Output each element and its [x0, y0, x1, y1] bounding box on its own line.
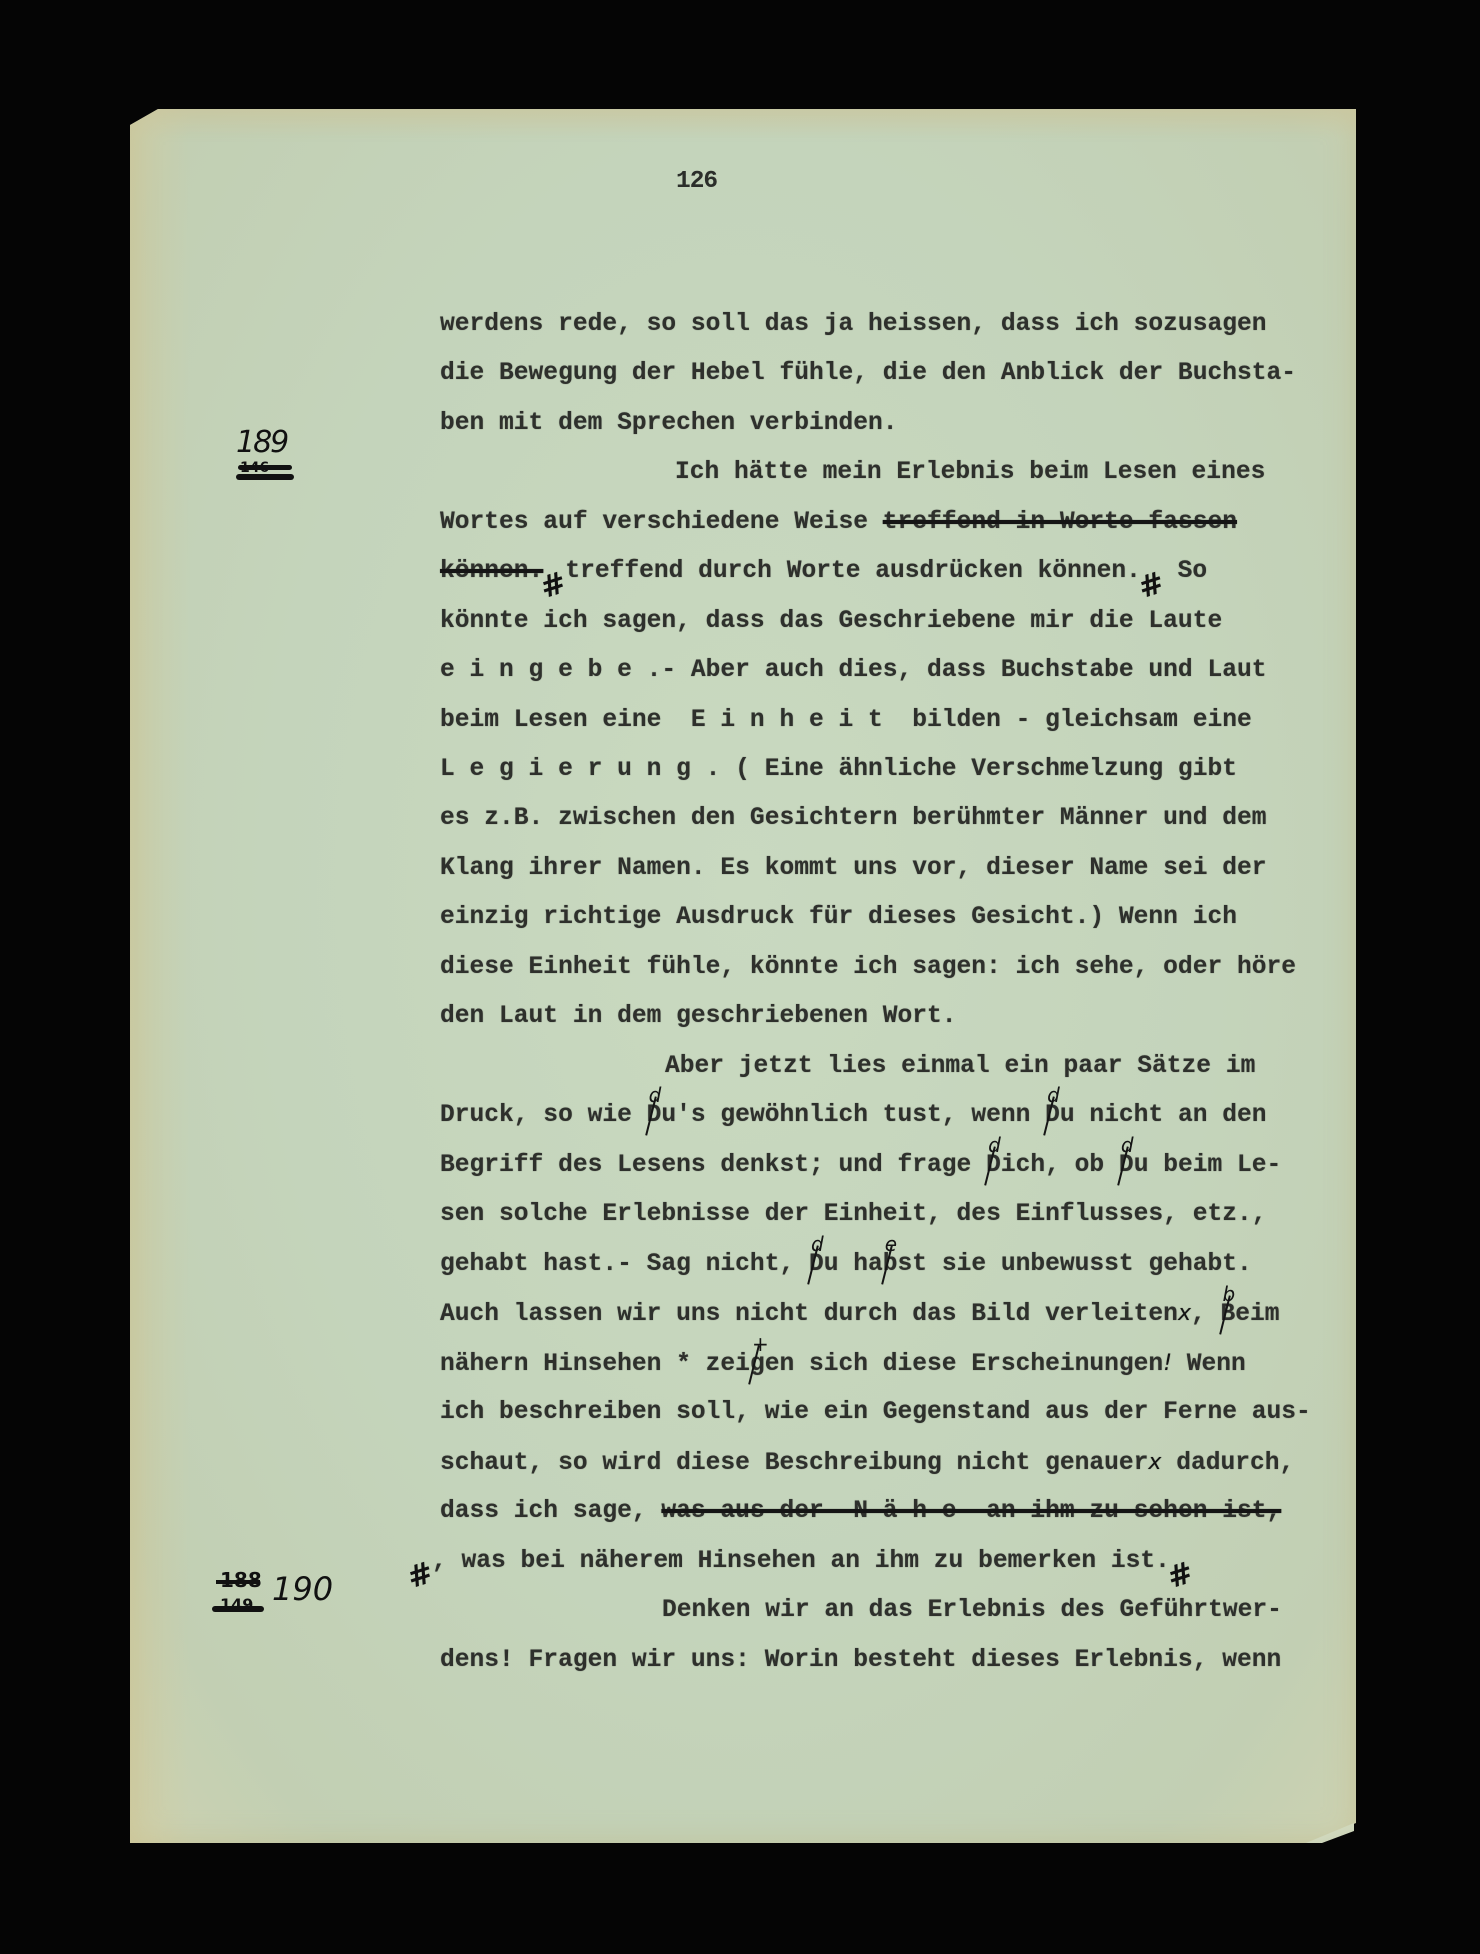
- typed-line: Klang ihrer Namen. Es kommt uns vor, die…: [440, 854, 1267, 884]
- typed-text: Aber jetzt lies einmal ein paar Sätze im: [665, 1053, 1255, 1080]
- typed-text: ich beschreiben soll, wie ein Gegenstand…: [440, 1399, 1311, 1426]
- typed-line: e i n g e b e .- Aber auch dies, dass Bu…: [440, 656, 1267, 686]
- typed-text: Wortes auf verschiedene Weise: [440, 509, 883, 536]
- typed-text: en sich diese Erscheinungen: [765, 1351, 1163, 1378]
- typed-line: dass ich sage, was aus der N ä h e an ih…: [440, 1497, 1281, 1527]
- correction-letter: d: [988, 1130, 1001, 1160]
- typed-text: sen solche Erlebnisse der Einheit, des E…: [440, 1201, 1267, 1228]
- typed-text: die Bewegung der Hebel fühle, die den An…: [440, 360, 1296, 387]
- typed-line: beim Lesen eine E i n h e i t bilden - g…: [440, 706, 1252, 736]
- typed-line: den Laut in dem geschriebenen Wort.: [440, 1002, 957, 1032]
- typed-text: Klang ihrer Namen. Es kommt uns vor, die…: [440, 855, 1267, 882]
- typed-text: könnte ich sagen, dass das Geschriebene …: [440, 608, 1222, 635]
- typed-text: u's gewöhnlich tust, wenn: [661, 1102, 1045, 1129]
- typed-line: Druck, so wie Ddu's gewöhnlich tust, wen…: [440, 1101, 1267, 1131]
- correction-letter: d: [1121, 1130, 1134, 1160]
- correction-letter: b: [1223, 1279, 1236, 1309]
- typed-line: die Bewegung der Hebel fühle, die den An…: [440, 359, 1296, 389]
- handwritten-correction: Bb: [1221, 1301, 1236, 1328]
- struck-text: können.: [440, 558, 543, 585]
- typed-text: den Laut in dem geschriebenen Wort.: [440, 1003, 957, 1030]
- typed-text: ich, ob: [1001, 1152, 1119, 1179]
- typed-text: nähern Hinsehen * zei: [440, 1351, 750, 1378]
- typed-text: werdens rede, so soll das ja heissen, da…: [440, 311, 1267, 338]
- handwritten-mark: x: [1178, 1301, 1191, 1326]
- margin-note-number: 190: [272, 1574, 333, 1604]
- correction-letter: d: [811, 1229, 824, 1259]
- typed-text: u ha: [824, 1251, 883, 1278]
- typed-text: beim Lesen eine E i n h e i t bilden - g…: [440, 707, 1252, 734]
- typed-line: Ich hätte mein Erlebnis beim Lesen eines: [675, 458, 1265, 488]
- typed-text: ,: [1191, 1301, 1221, 1328]
- typed-text: Begriff des Lesens denkst; und frage: [440, 1152, 986, 1179]
- typed-text: Druck, so wie: [440, 1102, 647, 1129]
- margin-note-190: 188 149 190: [216, 1568, 346, 1638]
- typed-text: So: [1163, 558, 1207, 585]
- handwritten-correction: g+: [750, 1351, 765, 1378]
- typed-text: dens! Fragen wir uns: Worin besteht dies…: [440, 1647, 1281, 1674]
- correction-letter: e: [885, 1229, 897, 1259]
- handwritten-correction: Dd: [809, 1251, 824, 1278]
- margin-strike-bar: [236, 474, 294, 480]
- handwritten-correction: be: [883, 1251, 898, 1278]
- typed-text: einzig richtige Ausdruck für dieses Gesi…: [440, 904, 1237, 931]
- typed-text: diese Einheit fühle, könnte ich sagen: i…: [440, 954, 1296, 981]
- typed-text: Wenn: [1172, 1351, 1246, 1378]
- margin-note-number: 189: [236, 428, 287, 458]
- typed-line: Aber jetzt lies einmal ein paar Sätze im: [665, 1052, 1255, 1082]
- typed-line: können.#treffend durch Worte ausdrücken …: [440, 557, 1207, 587]
- typed-text: gehabt hast.- Sag nicht,: [440, 1251, 809, 1278]
- typed-line: schaut, so wird diese Beschreibung nicht…: [440, 1448, 1294, 1479]
- typed-line: werdens rede, so soll das ja heissen, da…: [440, 310, 1267, 340]
- margin-note-189: 189 146: [236, 428, 306, 488]
- typed-text: treffend durch Worte ausdrücken können.: [565, 558, 1141, 585]
- typed-line: ich beschreiben soll, wie ein Gegenstand…: [440, 1398, 1311, 1428]
- handwritten-correction: Dd: [1119, 1152, 1134, 1179]
- typed-text: eim: [1235, 1301, 1279, 1328]
- typed-text: dass ich sage,: [440, 1498, 661, 1525]
- typed-line: Begriff des Lesens denkst; und frage Ddi…: [440, 1151, 1281, 1181]
- typed-text: u beim Le-: [1134, 1152, 1282, 1179]
- handwritten-mark: x: [1148, 1450, 1161, 1475]
- typed-line: diese Einheit fühle, könnte ich sagen: i…: [440, 953, 1296, 983]
- typed-line: Denken wir an das Erlebnis des Geführtwe…: [662, 1596, 1282, 1626]
- margin-strike-bar: [212, 1606, 264, 1612]
- typed-line: #, was bei näherem Hinsehen an ihm zu be…: [410, 1547, 1192, 1577]
- typed-text: , was bei näherem Hinsehen an ihm zu bem…: [432, 1548, 1170, 1575]
- page-number: 126: [676, 168, 717, 195]
- typed-line: ben mit dem Sprechen verbinden.: [440, 409, 898, 439]
- struck-text: treffend in Worte fassen: [883, 509, 1237, 536]
- typed-line: dens! Fragen wir uns: Worin besteht dies…: [440, 1646, 1281, 1676]
- typed-text: Ich hätte mein Erlebnis beim Lesen eines: [675, 459, 1265, 486]
- typed-line: nähern Hinsehen * zeig+en sich diese Ers…: [440, 1349, 1246, 1380]
- typed-line: L e g i e r u n g . ( Eine ähnliche Vers…: [440, 755, 1237, 785]
- typed-text: u nicht an den: [1060, 1102, 1267, 1129]
- handwritten-correction: Dd: [986, 1152, 1001, 1179]
- typed-line: Wortes auf verschiedene Weise treffend i…: [440, 508, 1237, 538]
- typed-line: könnte ich sagen, dass das Geschriebene …: [440, 607, 1222, 637]
- correction-letter: d: [649, 1080, 662, 1110]
- typed-text: Auch lassen wir uns nicht durch das Bild…: [440, 1301, 1178, 1328]
- handwritten-mark: !: [1163, 1351, 1172, 1376]
- typed-line: einzig richtige Ausdruck für dieses Gesi…: [440, 903, 1237, 933]
- typed-line: Auch lassen wir uns nicht durch das Bild…: [440, 1299, 1280, 1330]
- typed-text: schaut, so wird diese Beschreibung nicht…: [440, 1450, 1148, 1477]
- typed-text: L e g i e r u n g . ( Eine ähnliche Vers…: [440, 756, 1237, 783]
- typed-text: ben mit dem Sprechen verbinden.: [440, 410, 898, 437]
- correction-letter: d: [1047, 1080, 1060, 1110]
- typed-line: sen solche Erlebnisse der Einheit, des E…: [440, 1200, 1267, 1230]
- margin-strike-bar: [216, 1580, 260, 1584]
- typed-text: es z.B. zwischen den Gesichtern berühmte…: [440, 805, 1267, 832]
- handwritten-correction: Dd: [647, 1102, 662, 1129]
- margin-struck-number: 149: [220, 1595, 253, 1615]
- struck-text: was aus der N ä h e an ihm zu sehen ist,: [661, 1498, 1281, 1525]
- typed-text: dadurch,: [1161, 1450, 1294, 1477]
- typed-text: st sie unbewusst gehabt.: [898, 1251, 1252, 1278]
- margin-strike-bar: [238, 465, 292, 470]
- typed-text: e i n g e b e .- Aber auch dies, dass Bu…: [440, 657, 1267, 684]
- typed-text: Denken wir an das Erlebnis des Geführtwe…: [662, 1597, 1282, 1624]
- typed-line: es z.B. zwischen den Gesichtern berühmte…: [440, 804, 1267, 834]
- handwritten-correction: Dd: [1045, 1102, 1060, 1129]
- typed-line: gehabt hast.- Sag nicht, Ddu habest sie …: [440, 1250, 1252, 1280]
